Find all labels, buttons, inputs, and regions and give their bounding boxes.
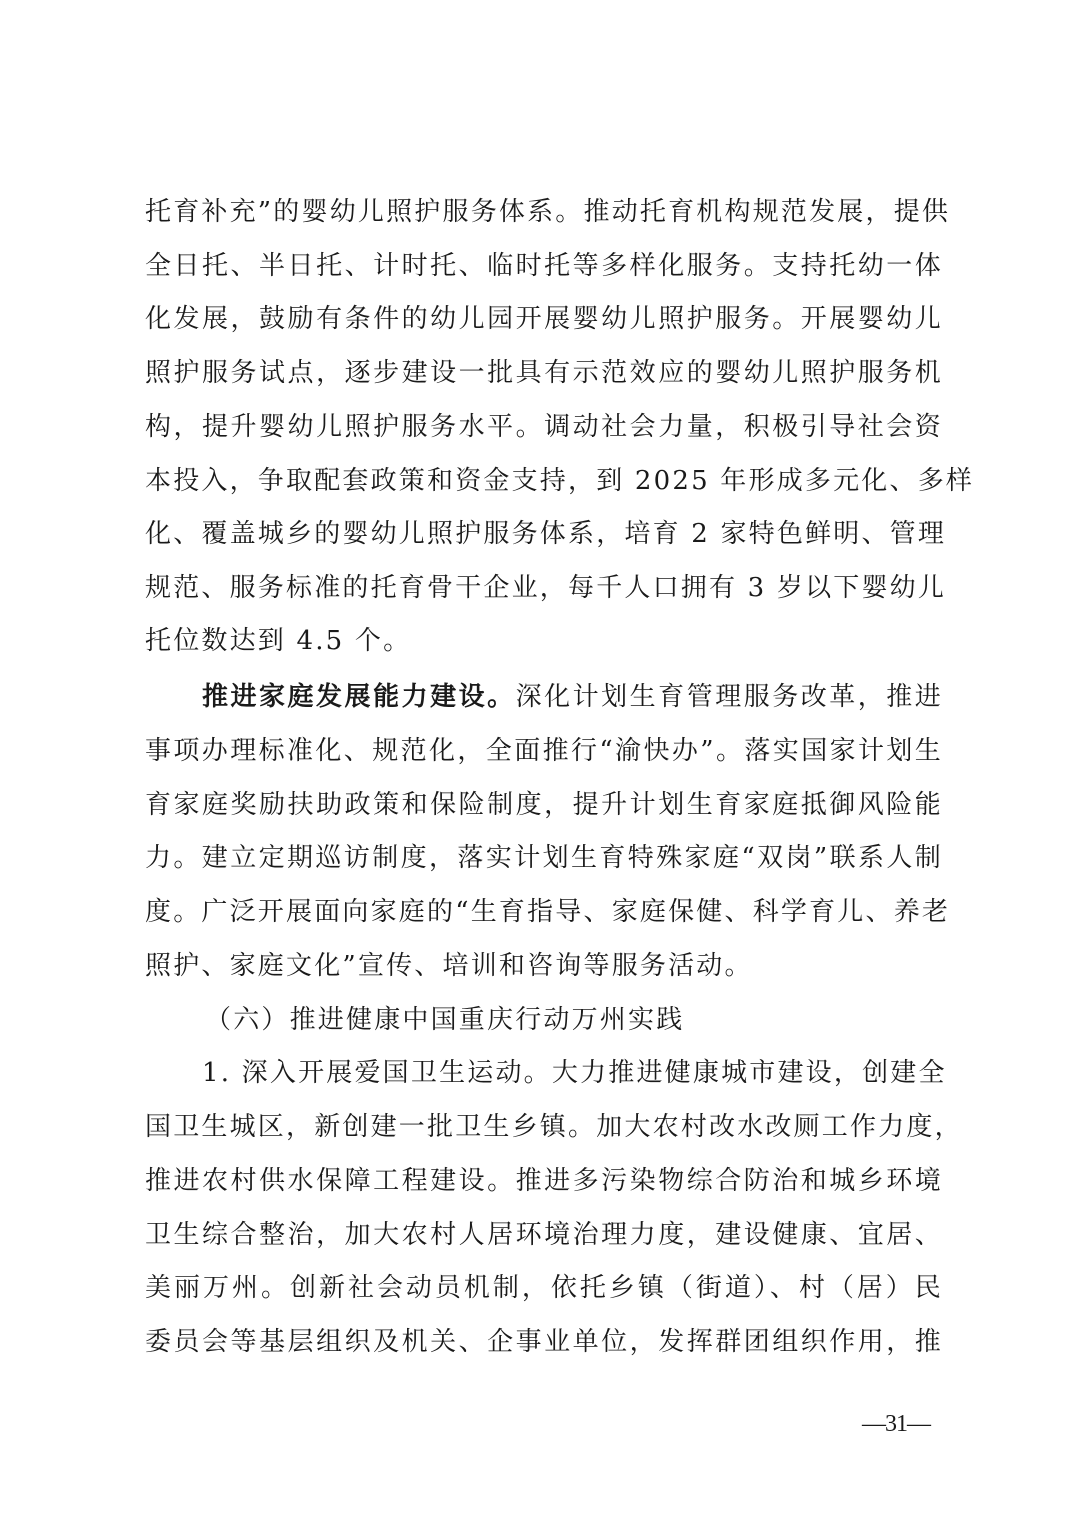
paragraph-line: 托位数达到 4.5 个。 [145,614,411,668]
paragraph-line: 规范、服务标准的托育骨干企业，每千人口拥有 3 岁以下婴幼儿 [145,561,943,615]
paragraph-line: 照护服务试点，逐步建设一批具有示范效应的婴幼儿照护服务机 [145,346,943,400]
paragraph-line: 构，提升婴幼儿照护服务水平。调动社会力量，积极引导社会资 [145,400,943,454]
paragraph-line: 推进农村供水保障工程建设。推进多污染物综合防治和城乡环境 [145,1154,943,1208]
paragraph-line: 本投入，争取配套政策和资金支持，到 2025 年形成多元化、多样 [145,454,943,508]
paragraph-line: 度。广泛开展面向家庭的“生育指导、家庭保健、科学育儿、养老 [145,885,943,939]
paragraph-line: 事项办理标准化、规范化，全面推行“渝快办”。落实国家计划生 [145,724,943,778]
paragraph-line: 照护、家庭文化”宣传、培训和咨询等服务活动。 [145,939,753,993]
paragraph-line: 全日托、半日托、计时托、临时托等多样化服务。支持托幼一体 [145,239,943,293]
paragraph-line: 国卫生城区，新创建一批卫生乡镇。加大农村改水改厕工作力度， [145,1100,943,1154]
list-item-first-line: 1. 深入开展爱国卫生运动。大力推进健康城市建设，创建全 [202,1046,943,1100]
paragraph-line: 委员会等基层组织及机关、企事业单位，发挥群团组织作用，推 [145,1315,943,1369]
page-number: —31— [862,1408,930,1440]
family-paragraph-first-line: 推进家庭发展能力建设。深化计划生育管理服务改革，推进 [202,670,943,724]
paragraph-line: 美丽万州。创新社会动员机制，依托乡镇（街道）、村（居）民 [145,1261,943,1315]
paragraph-line: 化、覆盖城乡的婴幼儿照护服务体系，培育 2 家特色鲜明、管理 [145,507,943,561]
paragraph-line: 卫生综合整治，加大农村人居环境治理力度，建设健康、宜居、 [145,1208,943,1262]
paragraph-line: 化发展，鼓励有条件的幼儿园开展婴幼儿照护服务。开展婴幼儿 [145,292,943,346]
paragraph-line: 育家庭奖励扶助政策和保险制度，提升计划生育家庭抵御风险能 [145,778,943,832]
paragraph-line: 力。建立定期巡访制度，落实计划生育特殊家庭“双岗”联系人制 [145,831,943,885]
section-heading: （六）推进健康中国重庆行动万州实践 [205,993,684,1047]
paragraph-line: 托育补充”的婴幼儿照护服务体系。推动托育机构规范发展，提供 [145,185,943,239]
paragraph-text: 深化计划生育管理服务改革，推进 [516,682,943,712]
paragraph-lead-heading: 推进家庭发展能力建设。 [202,682,516,712]
